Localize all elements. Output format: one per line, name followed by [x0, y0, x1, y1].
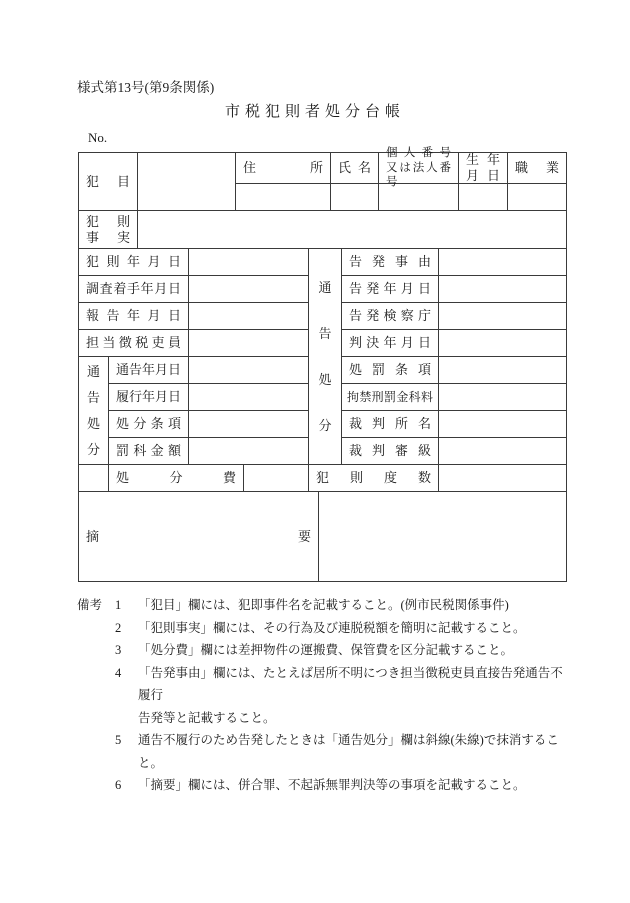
note-text: 「犯目」欄には、犯即事件名を記載すること。(例市民税関係事件)	[138, 594, 573, 617]
note-number: 5	[115, 729, 125, 752]
accusation-prosecutors-office-value-cell	[439, 303, 566, 330]
disposition-clause-label: 処分条項	[109, 411, 189, 438]
note-number: 6	[115, 774, 125, 797]
punishment-clause-label: 処罰条項	[342, 357, 439, 384]
accusation-date-value-cell	[439, 276, 566, 303]
note-item-3: 3 「処分費」欄には差押物件の運搬費、保管費を区分記載すること。	[77, 639, 577, 662]
note-text: 通告不履行のため告発したときは「通告処分」欄は斜線(朱線)で抹消すること。	[138, 729, 573, 774]
birth-date-header: 生年 月日	[459, 153, 508, 184]
trial-instance-value-cell	[439, 438, 566, 465]
notification-date-value-cell	[189, 357, 309, 384]
offense-name-value-cell	[138, 153, 236, 211]
note-item-5: 5 通告不履行のため告発したときは「通告処分」欄は斜線(朱線)で抹消すること。	[77, 729, 577, 774]
address-header: 住所	[236, 153, 331, 184]
id-number-header: 個人番号 又は法人番号	[379, 153, 459, 184]
notification-disposition-vertical-label-left: 通 告 処 分	[79, 357, 109, 465]
note-text: 「摘要」欄には、併合罪、不起訴無罪判決等の事項を記載すること。	[138, 774, 573, 797]
accusation-prosecutors-office-label: 告発検察庁	[342, 303, 439, 330]
note-item-4: 4 「告発事由」欄には、たとえば居所不明につき担当徴税吏員直接告発通告不履行 告…	[77, 662, 577, 730]
notes: 備考 1 「犯目」欄には、犯即事件名を記載すること。(例市民税関係事件) 2 「…	[77, 594, 577, 797]
offense-fact-label: 犯則 事実	[79, 211, 138, 249]
performance-date-label: 履行年月日	[109, 384, 189, 411]
note-number: 3	[115, 639, 125, 662]
notification-date-label: 通告年月日	[109, 357, 189, 384]
offense-count-label: 犯則度数	[309, 465, 439, 492]
investigation-start-date-label: 調査着手年月日	[79, 276, 189, 303]
judgment-date-label: 判決年月日	[342, 330, 439, 357]
summary-section: 摘要	[79, 492, 566, 581]
occupation-value-cell	[508, 184, 566, 211]
offense-date-value-cell	[189, 249, 309, 276]
accusation-reason-label: 告発事由	[342, 249, 439, 276]
register-table: 犯目 住所 氏名 個人番号 又は法人番号 生年 月日 職業 犯則 事実 犯則年月…	[78, 152, 567, 582]
name-header: 氏名	[331, 153, 379, 184]
performance-date-value-cell	[189, 384, 309, 411]
empty-cell	[79, 465, 109, 492]
disposition-clause-value-cell	[189, 411, 309, 438]
tax-official-value-cell	[189, 330, 309, 357]
offense-name-label: 犯目	[79, 153, 138, 211]
imprisonment-fine-penalty-label: 拘禁刑罰金科料	[342, 384, 439, 411]
name-value-cell	[331, 184, 379, 211]
offense-fact-value-cell	[138, 211, 566, 249]
summary-value-cell	[319, 492, 566, 581]
report-date-value-cell	[189, 303, 309, 330]
id-number-value-cell	[379, 184, 459, 211]
note-number: 1	[115, 594, 125, 617]
occupation-header: 職業	[508, 153, 566, 184]
page-title: 市税犯則者処分台帳	[0, 100, 630, 121]
note-text: 「処分費」欄には差押物件の運搬費、保管費を区分記載すること。	[138, 639, 573, 662]
form-page: 様式第13号(第9条関係) 市税犯則者処分台帳 No. 犯目 住所 氏名 個人番…	[0, 0, 630, 903]
imprisonment-fine-penalty-value-cell	[439, 384, 566, 411]
offense-date-label: 犯則年月日	[79, 249, 189, 276]
note-text: 「犯則事実」欄には、その行為及び連脱税額を簡明に記載すること。	[138, 617, 573, 640]
note-item-6: 6 「摘要」欄には、併合罪、不起訴無罪判決等の事項を記載すること。	[77, 774, 577, 797]
disposition-section: 犯則年月日 通 告 処 分 告発事由 調査着手年月日 告発年月日 報告年月日 告…	[79, 249, 566, 492]
offense-fact-section: 犯則 事実	[79, 211, 566, 249]
note-item-2: 2 「犯則事実」欄には、その行為及び連脱税額を簡明に記載すること。	[77, 617, 577, 640]
investigation-start-date-value-cell	[189, 276, 309, 303]
form-number: 様式第13号(第9条関係)	[77, 76, 214, 96]
report-date-label: 報告年月日	[79, 303, 189, 330]
accusation-date-label: 告発年月日	[342, 276, 439, 303]
disposition-cost-value-cell	[244, 465, 309, 492]
birth-date-value-cell	[459, 184, 508, 211]
accusation-reason-value-cell	[439, 249, 566, 276]
tax-official-label: 担当徴税吏員	[79, 330, 189, 357]
penalty-amount-value-cell	[189, 438, 309, 465]
notification-disposition-vertical-label-right: 通 告 処 分	[309, 249, 342, 465]
court-name-label: 裁判所名	[342, 411, 439, 438]
note-text: 「告発事由」欄には、たとえば居所不明につき担当徴税吏員直接告発通告不履行 告発等…	[138, 662, 573, 730]
court-name-value-cell	[439, 411, 566, 438]
summary-label: 摘要	[79, 492, 319, 581]
notes-header: 備考	[77, 594, 115, 617]
serial-number-label: No.	[88, 130, 107, 146]
note-item-1: 備考 1 「犯目」欄には、犯即事件名を記載すること。(例市民税関係事件)	[77, 594, 577, 617]
address-value-cell	[236, 184, 331, 211]
trial-instance-label: 裁判審級	[342, 438, 439, 465]
judgment-date-value-cell	[439, 330, 566, 357]
note-number: 2	[115, 617, 125, 640]
penalty-amount-label: 罰科金額	[109, 438, 189, 465]
punishment-clause-value-cell	[439, 357, 566, 384]
disposition-cost-label: 処分費	[109, 465, 244, 492]
person-info-section: 犯目 住所 氏名 個人番号 又は法人番号 生年 月日 職業	[79, 153, 566, 211]
note-number: 4	[115, 662, 125, 685]
offense-count-value-cell	[439, 465, 566, 492]
